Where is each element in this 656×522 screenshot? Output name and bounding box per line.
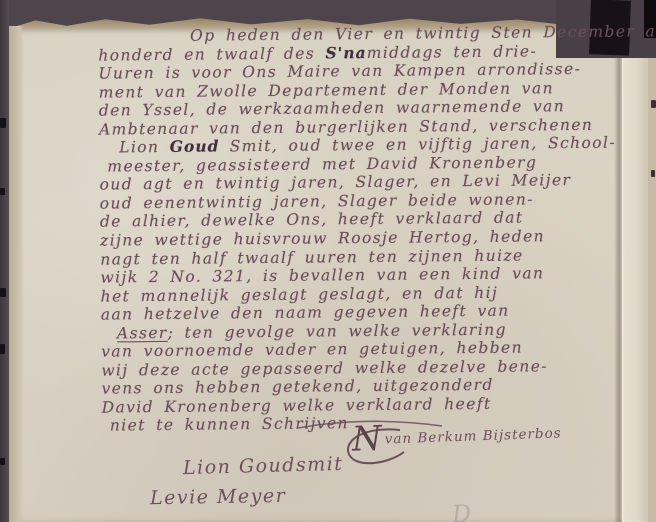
ink-bleed-mark — [0, 188, 5, 195]
ink-bleed-mark — [0, 288, 6, 297]
corrected-word: S'na — [325, 43, 366, 62]
corrected-word: Goud — [170, 137, 220, 156]
manuscript-text: Op heden den Vier en twintig Sten Decemb… — [98, 22, 638, 435]
ink-bleed-mark — [0, 118, 6, 128]
line-text: Smit, oud twee en vijftig jaren, School- — [219, 134, 616, 156]
signature-witness-1: Lion Goudsmit — [183, 453, 344, 479]
signature-initial: N — [351, 419, 383, 460]
line-text: honderd en twaalf des — [98, 44, 325, 64]
page-deckle-edge — [9, 26, 24, 522]
book-binding-strip — [0, 0, 9, 522]
line-text: middags ten drie- — [367, 42, 538, 62]
signature-witness-2: Levie Meyer — [150, 485, 287, 509]
ink-bleed-mark — [0, 344, 5, 354]
edge-speck — [651, 100, 656, 108]
ink-bleed-mark — [0, 458, 5, 465]
edge-speck — [651, 170, 655, 177]
faint-ink-mark: D — [451, 499, 472, 522]
line-text: Lion — [119, 138, 170, 156]
underlined-name: Asser — [117, 324, 168, 342]
